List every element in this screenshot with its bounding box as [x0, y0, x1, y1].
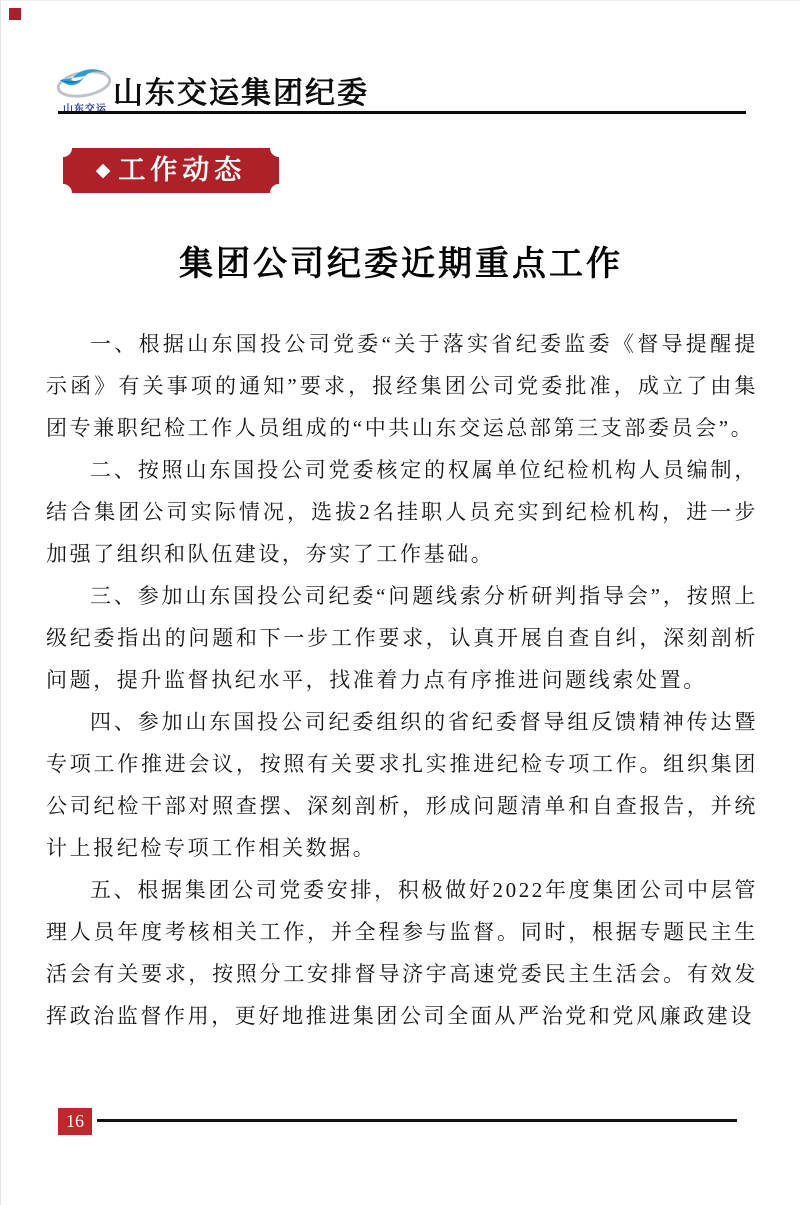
article-paragraph: 四、参加山东国投公司纪委组织的省纪委督导组反馈精神传达暨专项工作推进会议，按照有…: [46, 701, 758, 869]
section-banner: ◆ 工作动态: [63, 148, 279, 193]
diamond-icon: ◆: [96, 161, 111, 180]
bird-swoosh-icon: [56, 63, 112, 101]
company-logo: 山东交运: [56, 63, 112, 113]
article-paragraph: 五、根据集团公司党委安排，积极做好2022年度集团公司中层管理人员年度考核相关工…: [46, 869, 758, 1037]
ribbon-notch: [54, 184, 72, 202]
document-page: 山东交运 山东交运集团纪委 ◆ 工作动态 集团公司纪委近期重点工作 一、根据山东…: [0, 0, 800, 1205]
article-title: 集团公司纪委近期重点工作: [1, 236, 800, 285]
ribbon-notch: [270, 184, 288, 202]
corner-red-marker: [9, 8, 21, 20]
page-number-badge: 16: [58, 1108, 92, 1135]
section-banner-label: 工作动态: [118, 157, 246, 184]
article-paragraph: 二、按照山东国投公司党委核定的权属单位纪检机构人员编制，结合集团公司实际情况，选…: [46, 449, 758, 575]
ribbon-notch: [54, 139, 72, 157]
page-header: 山东交运 山东交运集团纪委: [56, 61, 746, 116]
article-paragraph: 一、根据山东国投公司党委“关于落实省纪委监委《督导提醒提示函》有关事项的通知”要…: [46, 323, 758, 449]
article-body: 一、根据山东国投公司党委“关于落实省纪委监委《督导提醒提示函》有关事项的通知”要…: [46, 323, 758, 1037]
page-header-title: 山东交运集团纪委: [113, 68, 369, 112]
footer-divider-rule: [97, 1119, 737, 1122]
article-paragraph: 三、参加山东国投公司纪委“问题线索分析研判指导会”，按照上级纪委指出的问题和下一…: [46, 575, 758, 701]
header-divider-rule: [58, 111, 746, 114]
ribbon-notch: [270, 139, 288, 157]
